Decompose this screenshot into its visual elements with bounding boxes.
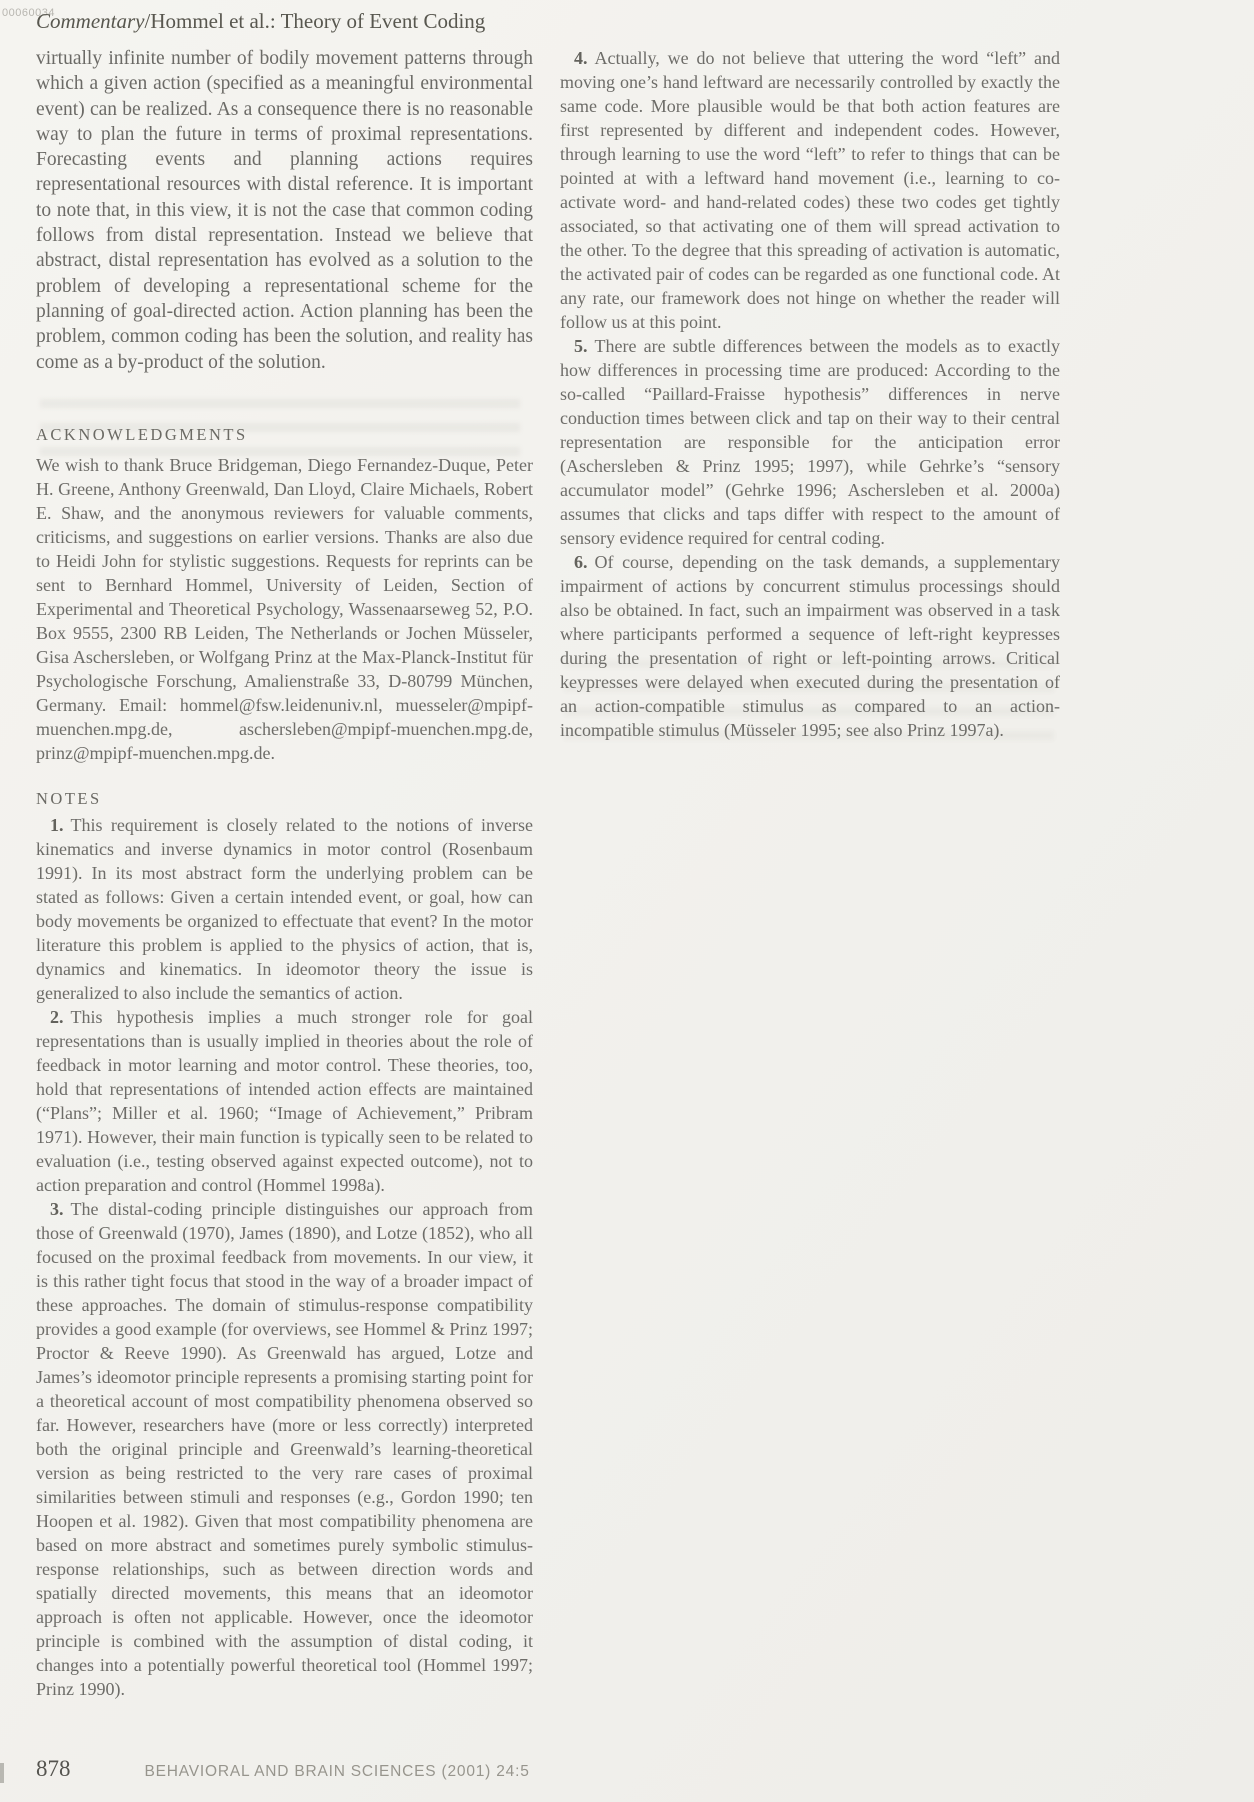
- note-1-text: This requirement is closely related to t…: [36, 815, 533, 1003]
- page-number: 878: [36, 1756, 71, 1782]
- note-3-text: The distal-coding principle distinguishe…: [36, 1199, 533, 1699]
- running-head-title: /Hommel et al.: Theory of Event Coding: [145, 9, 486, 33]
- acknowledgments-heading: ACKNOWLEDGMENTS: [36, 425, 533, 445]
- note-6-text: Of course, depending on the task demands…: [560, 552, 1060, 740]
- right-column: 4.Actually, we do not believe that utter…: [560, 46, 1060, 742]
- note-4-number: 4.: [574, 48, 588, 68]
- scanned-paper-page: 00060034 Commentary/Hommel et al.: Theor…: [0, 0, 1254, 1802]
- acknowledgments-text: We wish to thank Bruce Bridgeman, Diego …: [36, 453, 533, 765]
- note-3: 3.The distal-coding principle distinguis…: [36, 1197, 533, 1701]
- note-3-number: 3.: [50, 1199, 64, 1219]
- note-6: 6.Of course, depending on the task deman…: [560, 550, 1060, 742]
- body-paragraph: virtually infinite number of bodily move…: [36, 46, 533, 375]
- scan-edge-artifact: [0, 1763, 4, 1783]
- notes-heading: NOTES: [36, 789, 533, 809]
- note-6-number: 6.: [574, 552, 588, 572]
- note-5-number: 5.: [574, 336, 588, 356]
- note-4-text: Actually, we do not believe that utterin…: [560, 48, 1060, 332]
- note-1-number: 1.: [50, 815, 64, 835]
- left-column: virtually infinite number of bodily move…: [36, 46, 533, 1701]
- note-2: 2.This hypothesis implies a much stronge…: [36, 1005, 533, 1197]
- journal-name: BEHAVIORAL AND BRAIN SCIENCES (2001) 24:…: [145, 1763, 530, 1781]
- note-1: 1.This requirement is closely related to…: [36, 813, 533, 1005]
- page-footer: 878 BEHAVIORAL AND BRAIN SCIENCES (2001)…: [36, 1756, 530, 1782]
- running-head-section: Commentary: [36, 9, 145, 33]
- note-2-number: 2.: [50, 1007, 64, 1027]
- running-head: Commentary/Hommel et al.: Theory of Even…: [36, 9, 485, 34]
- note-2-text: This hypothesis implies a much stronger …: [36, 1007, 533, 1195]
- note-5-text: There are subtle differences between the…: [560, 336, 1060, 548]
- note-5: 5.There are subtle differences between t…: [560, 334, 1060, 550]
- note-4: 4.Actually, we do not believe that utter…: [560, 46, 1060, 334]
